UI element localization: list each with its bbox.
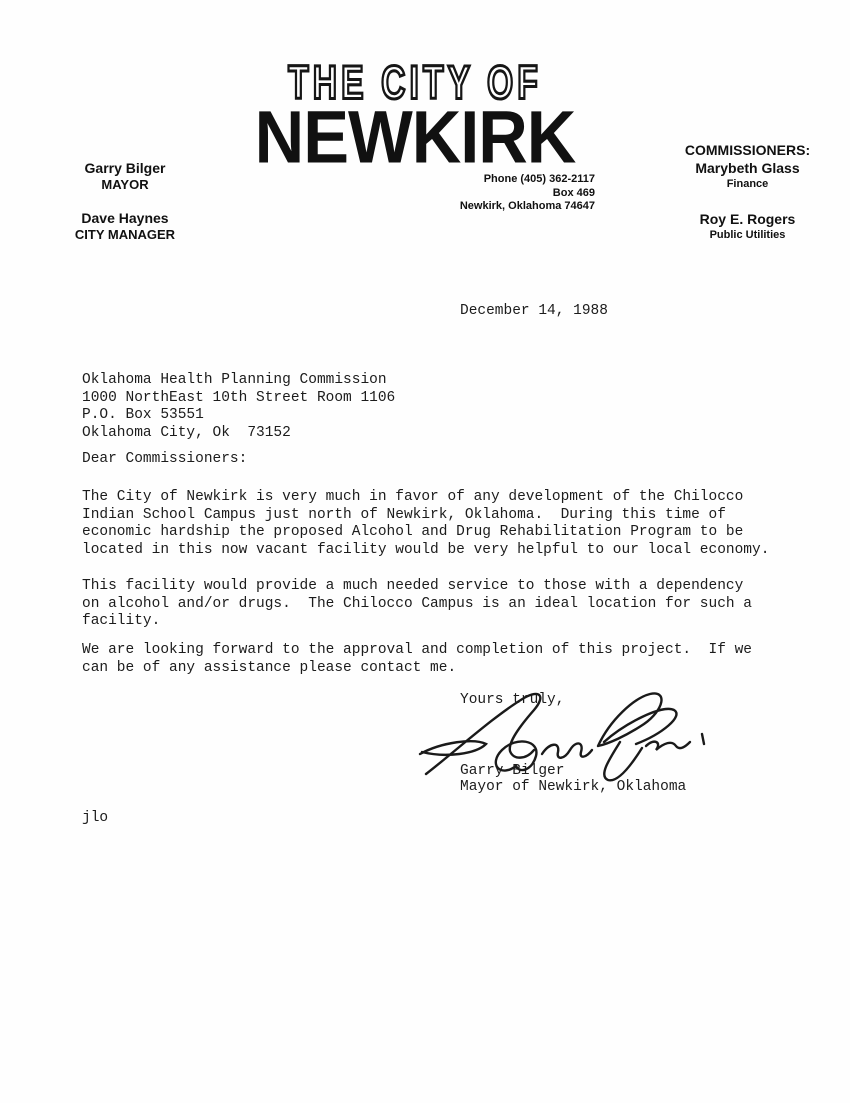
recipient-address: Oklahoma Health Planning Commission 1000… (82, 372, 395, 442)
mayor-title: MAYOR (40, 177, 210, 193)
letter-page: THE CITY OF NEWKIRK Phone (405) 362-2117… (0, 0, 850, 1103)
commissioners-spacer (650, 192, 845, 210)
signer-name: Garry Bilger (460, 763, 564, 781)
closing: Yours truly, (460, 692, 564, 710)
letterhead-contact-block: Phone (405) 362-2117 Box 469 Newkirk, Ok… (460, 173, 595, 214)
typist-initials: jlo (82, 810, 108, 828)
letterhead-box: Box 469 (460, 187, 595, 201)
commissioners-block: COMMISSIONERS: Marybeth Glass Finance Ro… (650, 141, 845, 243)
commissioner-1-dept: Finance (650, 177, 845, 192)
commissioner-2-dept: Public Utilities (650, 228, 845, 243)
letterhead-phone: Phone (405) 362-2117 (460, 173, 595, 187)
officials-spacer (40, 193, 210, 210)
commissioners-heading: COMMISSIONERS: (650, 141, 845, 159)
body-paragraph-2: This facility would provide a much neede… (82, 578, 752, 631)
mayor-name: Garry Bilger (40, 160, 210, 177)
city-manager-title: CITY MANAGER (40, 227, 210, 243)
body-paragraph-1: The City of Newkirk is very much in favo… (82, 489, 769, 559)
signer-title: Mayor of Newkirk, Oklahoma (460, 779, 686, 797)
commissioner-2-name: Roy E. Rogers (650, 210, 845, 228)
salutation: Dear Commissioners: (82, 451, 247, 469)
letterhead-city: Newkirk, Oklahoma 74647 (460, 200, 595, 214)
commissioner-1-name: Marybeth Glass (650, 159, 845, 177)
officials-block: Garry Bilger MAYOR Dave Haynes CITY MANA… (40, 160, 210, 243)
logo-newkirk: NEWKIRK (223, 94, 608, 179)
body-paragraph-3: We are looking forward to the approval a… (82, 642, 752, 677)
city-manager-name: Dave Haynes (40, 210, 210, 227)
letter-date: December 14, 1988 (460, 303, 608, 321)
